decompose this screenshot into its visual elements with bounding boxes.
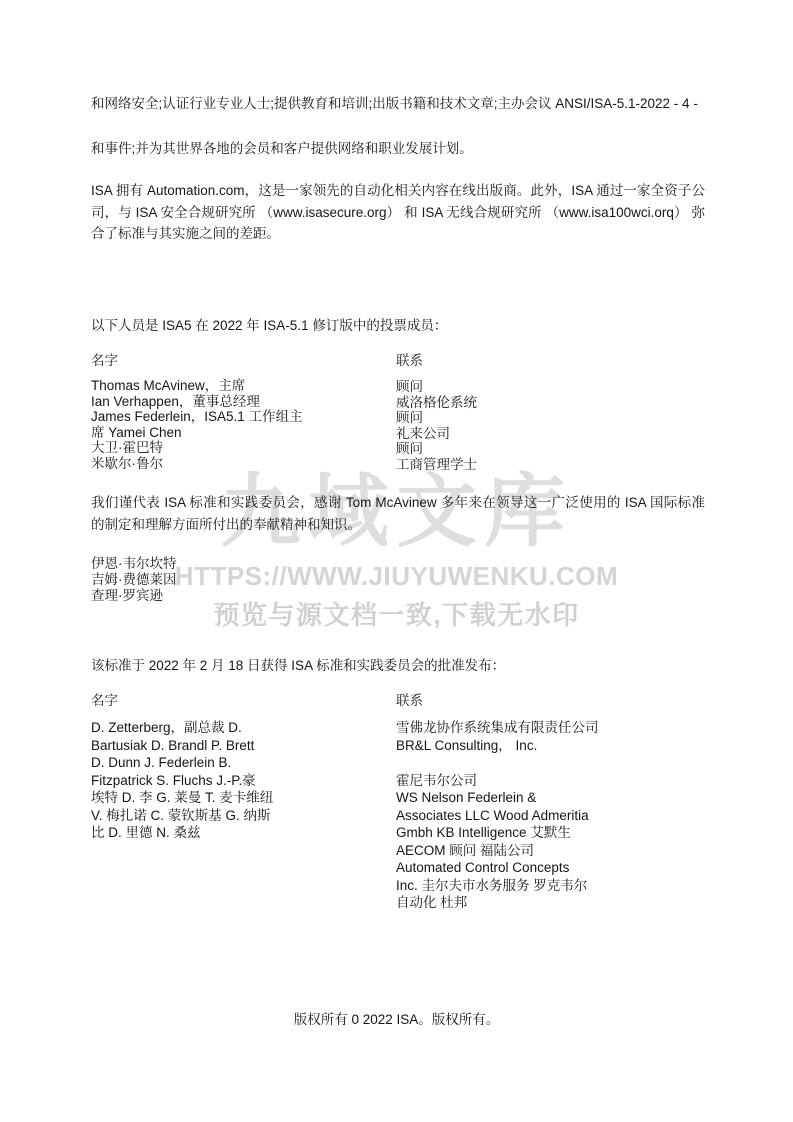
approval-table-name-row: D. Dunn J. Federlein B. [91,754,273,772]
approval-table-contact-row: 霍尼韦尔公司 [396,772,599,790]
paragraph-automation-com: ISA 拥有 Automation.com，这是一家领先的自动化相关内容在线出版… [91,180,705,245]
approval-table-name-row: V. 梅扎诺 C. 蒙钦斯基 G. 纳斯 [91,807,273,825]
approval-table-contact-row: 雪佛龙协作系统集成有限责任公司 [396,719,599,737]
voting-table-name-row: 大卫·霍巴特 [91,440,303,456]
approval-table-name-row: 埃特 D. 李 G. 莱曼 T. 麦卡维纽 [91,789,273,807]
voting-table-contact-row: 礼来公司 [396,426,477,442]
voting-table-contact-row: 工商管理学士 [396,457,477,473]
approval-table-contact-row: BR&L Consulting， Inc. [396,737,599,755]
thanks-note: 我们谨代表 ISA 标准和实践委员会，感谢 Tom McAvinew 多年来在领… [91,492,705,535]
approval-table-contact-row: Associates LLC Wood Admeritia [396,807,599,825]
approval-table-contact-row: WS Nelson Federlein & [396,789,599,807]
voting-table-name-row: 席 Yamei Chen [91,425,303,441]
approval-table-name-row: Fitzpatrick S. Fluchs J.-P.豪 [91,772,273,790]
voting-table-name-header: 名字 [91,351,118,371]
approval-table-name-header: 名字 [91,691,118,711]
approval-table-name-row: Bartusiak D. Brandl P. Brett [91,737,273,755]
signatories-list: 伊恩·韦尔坎特吉姆·费德莱因查理·罗宾逊 [91,556,177,604]
signatory-row: 查理·罗宾逊 [91,588,177,604]
approval-table-name-row: 比 D. 里德 N. 桑兹 [91,824,273,842]
voting-table-name-row: Thomas McAvinew，主席 [91,378,303,394]
page-content: 和网络安全;认证行业专业人士;提供教育和培训;出版书籍和技术文章;主办会议 AN… [0,0,793,1122]
approval-intro: 该标准于 2022 年 2 月 18 日获得 ISA 标准和实践委员会的批准发布… [91,656,505,676]
approval-table-contact-row: 自动化 杜邦 [396,894,599,912]
signatory-row: 伊恩·韦尔坎特 [91,556,177,572]
paragraph-isa-events: 和事件;并为其世界各地的会员和客户提供网络和职业发展计划。 [91,139,473,159]
voting-table-name-row: Ian Verhappen，董事总经理 [91,394,303,410]
approval-table-contact-row: Automated Control Concepts [396,859,599,877]
approval-table-contact-row: AECOM 顾问 福陆公司 [396,842,599,860]
approval-table-contact-header: 联系 [396,691,423,711]
approval-table-contact-row: Inc. 圭尔夫市水务服务 罗克韦尔 [396,877,599,895]
approval-table-contacts-column: 雪佛龙协作系统集成有限责任公司BR&L Consulting， Inc. 霍尼韦… [396,719,599,912]
voting-table-name-row: James Federlein，ISA5.1 工作组主 [91,409,303,425]
paragraph-isa-services-continued: 和网络安全;认证行业专业人士;提供教育和培训;出版书籍和技术文章;主办会议 AN… [91,94,698,114]
voting-table-contact-row: 威洛格伦系统 [396,395,477,411]
voting-table-name-row: 米歇尔·鲁尔 [91,456,303,472]
copyright-footer: 版权所有 0 2022 ISA。版权所有。 [0,1008,793,1028]
approval-table-names-column: D. Zetterberg，副总裁 D.Bartusiak D. Brandl … [91,719,273,842]
voting-table-contact-row: 顾问 [396,379,477,395]
signatory-row: 吉姆·费德莱因 [91,572,177,588]
approval-table-name-row: D. Zetterberg，副总裁 D. [91,719,273,737]
voting-table-contact-row: 顾问 [396,410,477,426]
voting-table-names-column: Thomas McAvinew，主席Ian Verhappen，董事总经理Jam… [91,378,303,471]
voting-members-intro: 以下人员是 ISA5 在 2022 年 ISA-5.1 修订版中的投票成员： [91,316,447,336]
approval-table-contact-row [396,754,599,772]
approval-table-contact-row: Gmbh KB Intelligence 艾默生 [396,824,599,842]
voting-table-contacts-column: 顾问威洛格伦系统顾问礼来公司顾问工商管理学士 [396,379,477,472]
voting-table-contact-header: 联系 [396,351,423,371]
voting-table-contact-row: 顾问 [396,441,477,457]
